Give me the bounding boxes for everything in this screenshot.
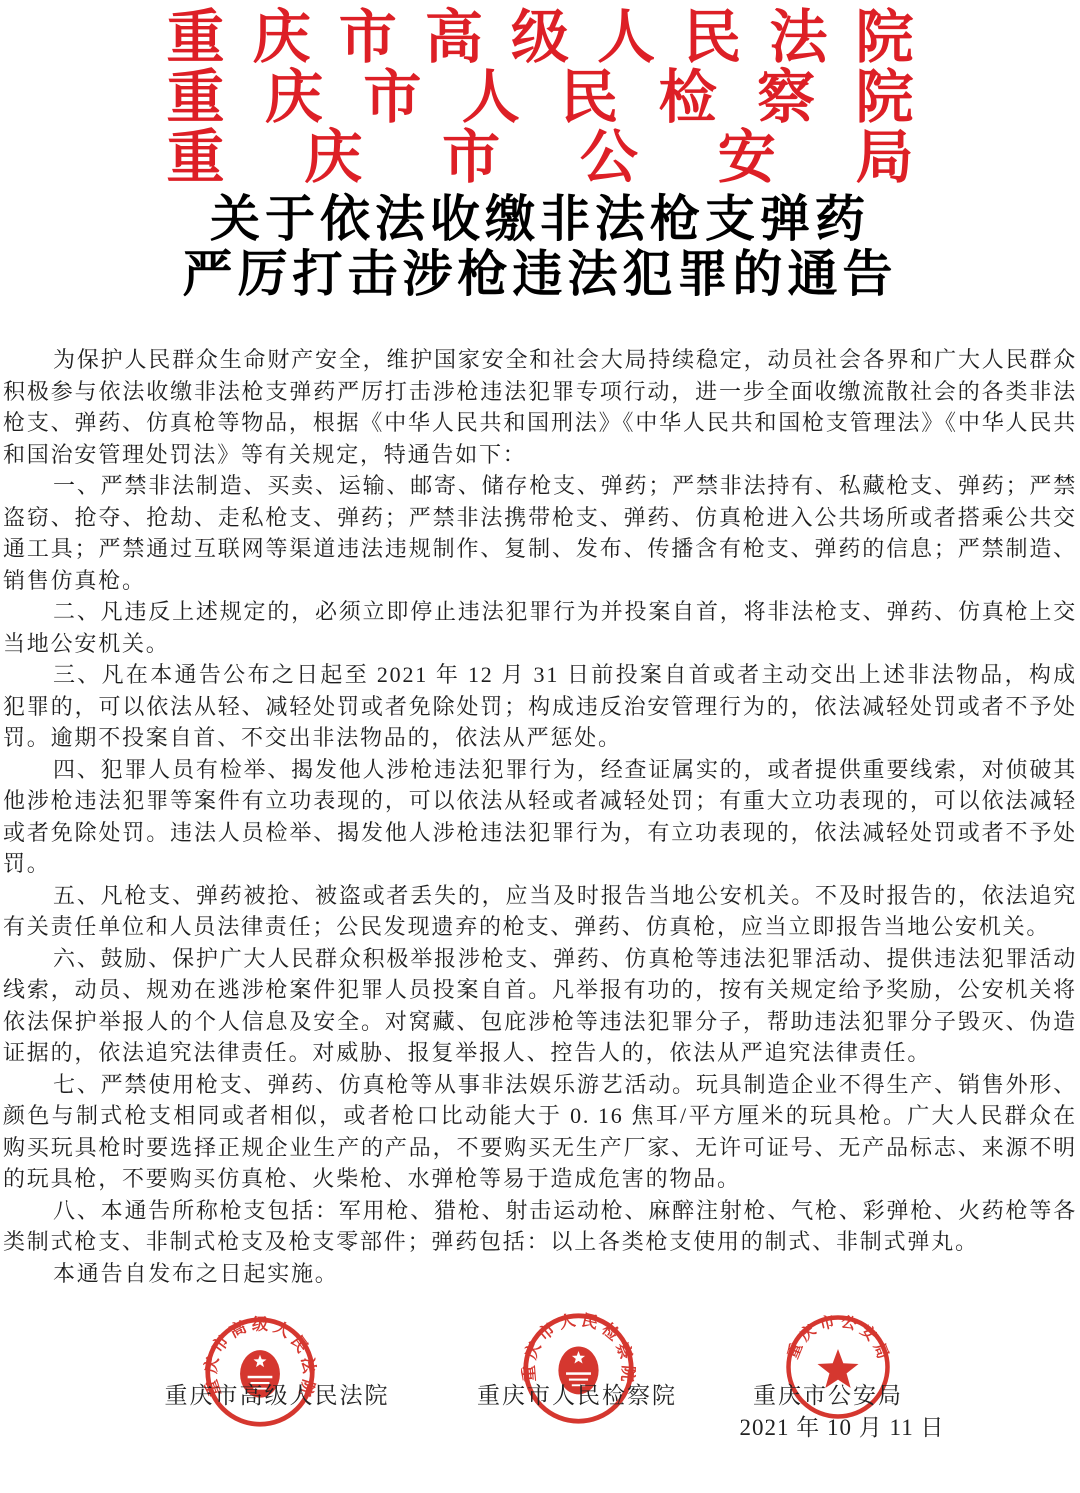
- signature-date: 2021 年 10 月 11 日: [740, 1409, 945, 1442]
- org-name-line-2: 重庆市公安局: [167, 128, 914, 188]
- notice-page: 重庆市高级人民法院重庆市人民检察院重庆市公安局 关于依法收缴非法枪支弹药严厉打击…: [0, 0, 1080, 1493]
- title-line-0: 关于依法收缴非法枪支弹药: [0, 192, 1080, 247]
- notice-title: 关于依法收缴非法枪支弹药严厉打击涉枪违法犯罪的通告: [0, 192, 1080, 302]
- paragraph-4: 四、犯罪人员有检举、揭发他人涉枪违法犯罪行为，经查证属实的，或者提供重要线索，对…: [3, 754, 1077, 880]
- paragraph-9: 本通告自发布之日起实施。: [3, 1258, 1077, 1290]
- signature-name-0: 重庆市高级人民法院: [165, 1377, 390, 1410]
- paragraph-8: 八、本通告所称枪支包括：军用枪、猎枪、射击运动枪、麻醉注射枪、气枪、彩弹枪、火药…: [3, 1195, 1077, 1258]
- org-name-line-1: 重庆市人民检察院: [167, 68, 914, 128]
- org-name-line-0: 重庆市高级人民法院: [167, 8, 914, 68]
- paragraph-1: 一、严禁非法制造、买卖、运输、邮寄、储存枪支、弹药；严禁非法持有、私藏枪支、弹药…: [3, 470, 1077, 596]
- signature-name-2: 重庆市公安局: [753, 1377, 903, 1410]
- signature-name-1: 重庆市人民检察院: [477, 1377, 677, 1410]
- org-header: 重庆市高级人民法院重庆市人民检察院重庆市公安局: [167, 0, 914, 188]
- paragraph-0: 为保护人民群众生命财产安全，维护国家安全和社会大局持续稳定，动员社会各界和广大人…: [3, 344, 1077, 470]
- official-seal-0: 重庆市高级人民法院: [202, 1315, 318, 1429]
- title-line-1: 严厉打击涉枪违法犯罪的通告: [0, 247, 1080, 302]
- national-emblem-seal-icon: 重庆市高级人民法院: [202, 1315, 318, 1429]
- notice-body: 为保护人民群众生命财产安全，维护国家安全和社会大局持续稳定，动员社会各界和广大人…: [3, 344, 1077, 1289]
- paragraph-7: 七、严禁使用枪支、弹药、仿真枪等从事非法娱乐游艺活动。玩具制造企业不得生产、销售…: [3, 1069, 1077, 1195]
- paragraph-3: 三、凡在本通告公布之日起至 2021 年 12 月 31 日前投案自首或者主动交…: [3, 659, 1077, 754]
- paragraph-5: 五、凡枪支、弹药被抢、被盗或者丢失的，应当及时报告当地公安机关。不及时报告的，依…: [3, 880, 1077, 943]
- paragraph-6: 六、鼓励、保护广大人民群众积极举报涉枪支、弹药、仿真枪等违法犯罪活动、提供违法犯…: [3, 943, 1077, 1069]
- signature-section: 重庆市高级人民法院重庆市高级人民法院重庆市人民检察院重庆市人民检察院重庆市公安局…: [0, 1305, 1080, 1461]
- paragraph-2: 二、凡违反上述规定的，必须立即停止违法犯罪行为并投案自首，将非法枪支、弹药、仿真…: [3, 596, 1077, 659]
